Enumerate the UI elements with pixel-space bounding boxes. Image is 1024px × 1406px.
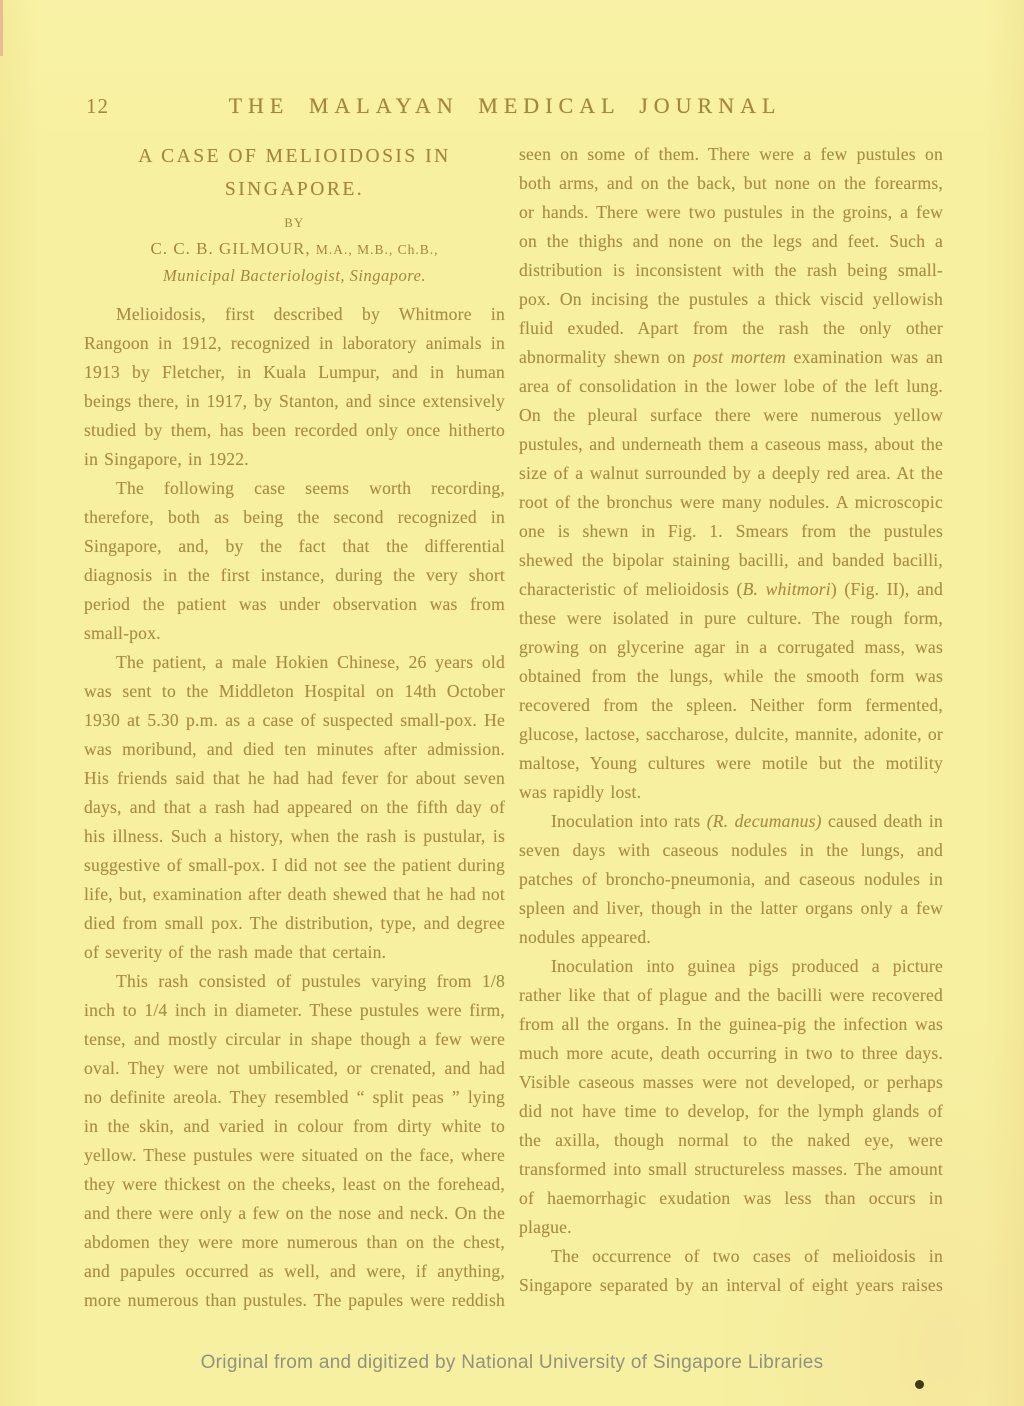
italic-text: (R. decumanus) xyxy=(707,811,822,831)
text-run: The occurrence of two cases of melioidos… xyxy=(519,1246,943,1300)
author-affiliation: Municipal Bacteriologist, Singapore. xyxy=(84,266,505,286)
right-column-text: seen on some of them. There were a few p… xyxy=(519,140,943,1300)
left-column-text: Melioidosis, first described by Whitmore… xyxy=(84,300,505,1315)
article-title-line1: A CASE OF MELIOIDOSIS IN xyxy=(84,140,505,173)
scan-edge-mark xyxy=(0,0,3,56)
journal-title: THE MALAYAN MEDICAL JOURNAL xyxy=(0,93,1010,119)
text-run: seen on some of them. There were a few p… xyxy=(519,144,943,367)
paragraph: Melioidosis, first described by Whitmore… xyxy=(84,300,505,474)
paragraph: The following case seems worth recording… xyxy=(84,474,505,648)
text-run: caused death in seven days with caseous … xyxy=(519,811,943,947)
article-title: A CASE OF MELIOIDOSIS IN SINGAPORE. xyxy=(84,140,505,206)
scanned-journal-page: 12 THE MALAYAN MEDICAL JOURNAL A CASE OF… xyxy=(0,0,1024,1406)
text-run: ) (Fig. II), and these were isolated in … xyxy=(519,579,943,802)
by-label: BY xyxy=(84,216,505,231)
article-header: A CASE OF MELIOIDOSIS IN SINGAPORE. BY C… xyxy=(84,140,505,286)
paragraph: Inoculation into rats (R. decumanus) cau… xyxy=(519,807,943,952)
author-name: C. C. B. GILMOUR, xyxy=(150,239,310,258)
text-run: examination was an area of consolidation… xyxy=(519,347,943,599)
author-degrees: M.A., M.B., Ch.B., xyxy=(316,242,439,257)
paragraph: seen on some of them. There were a few p… xyxy=(519,140,943,807)
text-run: This rash consisted of pustules varying … xyxy=(84,971,505,1315)
digitization-credit: Original from and digitized by National … xyxy=(0,1352,1024,1374)
italic-text: post mortem xyxy=(693,347,786,367)
paragraph: Inoculation into guinea pigs produced a … xyxy=(519,952,943,1242)
left-column: A CASE OF MELIOIDOSIS IN SINGAPORE. BY C… xyxy=(84,140,505,1315)
text-run: Inoculation into guinea pigs produced a … xyxy=(519,956,943,1237)
text-run: Inoculation into rats xyxy=(551,811,707,831)
paragraph: This rash consisted of pustules varying … xyxy=(84,967,505,1315)
text-run: The patient, a male Hokien Chinese, 26 y… xyxy=(84,652,505,962)
text-run: Melioidosis, first described by Whitmore… xyxy=(84,304,505,469)
paragraph: The occurrence of two cases of melioidos… xyxy=(519,1242,943,1300)
italic-text: B. whitmori xyxy=(743,579,831,599)
right-column: seen on some of them. There were a few p… xyxy=(519,140,943,1300)
text-run: The following case seems worth recording… xyxy=(84,478,505,643)
author-line: C. C. B. GILMOUR, M.A., M.B., Ch.B., xyxy=(84,239,505,259)
paragraph: The patient, a male Hokien Chinese, 26 y… xyxy=(84,648,505,967)
article-title-line2: SINGAPORE. xyxy=(84,173,505,206)
ink-dot xyxy=(915,1380,924,1389)
